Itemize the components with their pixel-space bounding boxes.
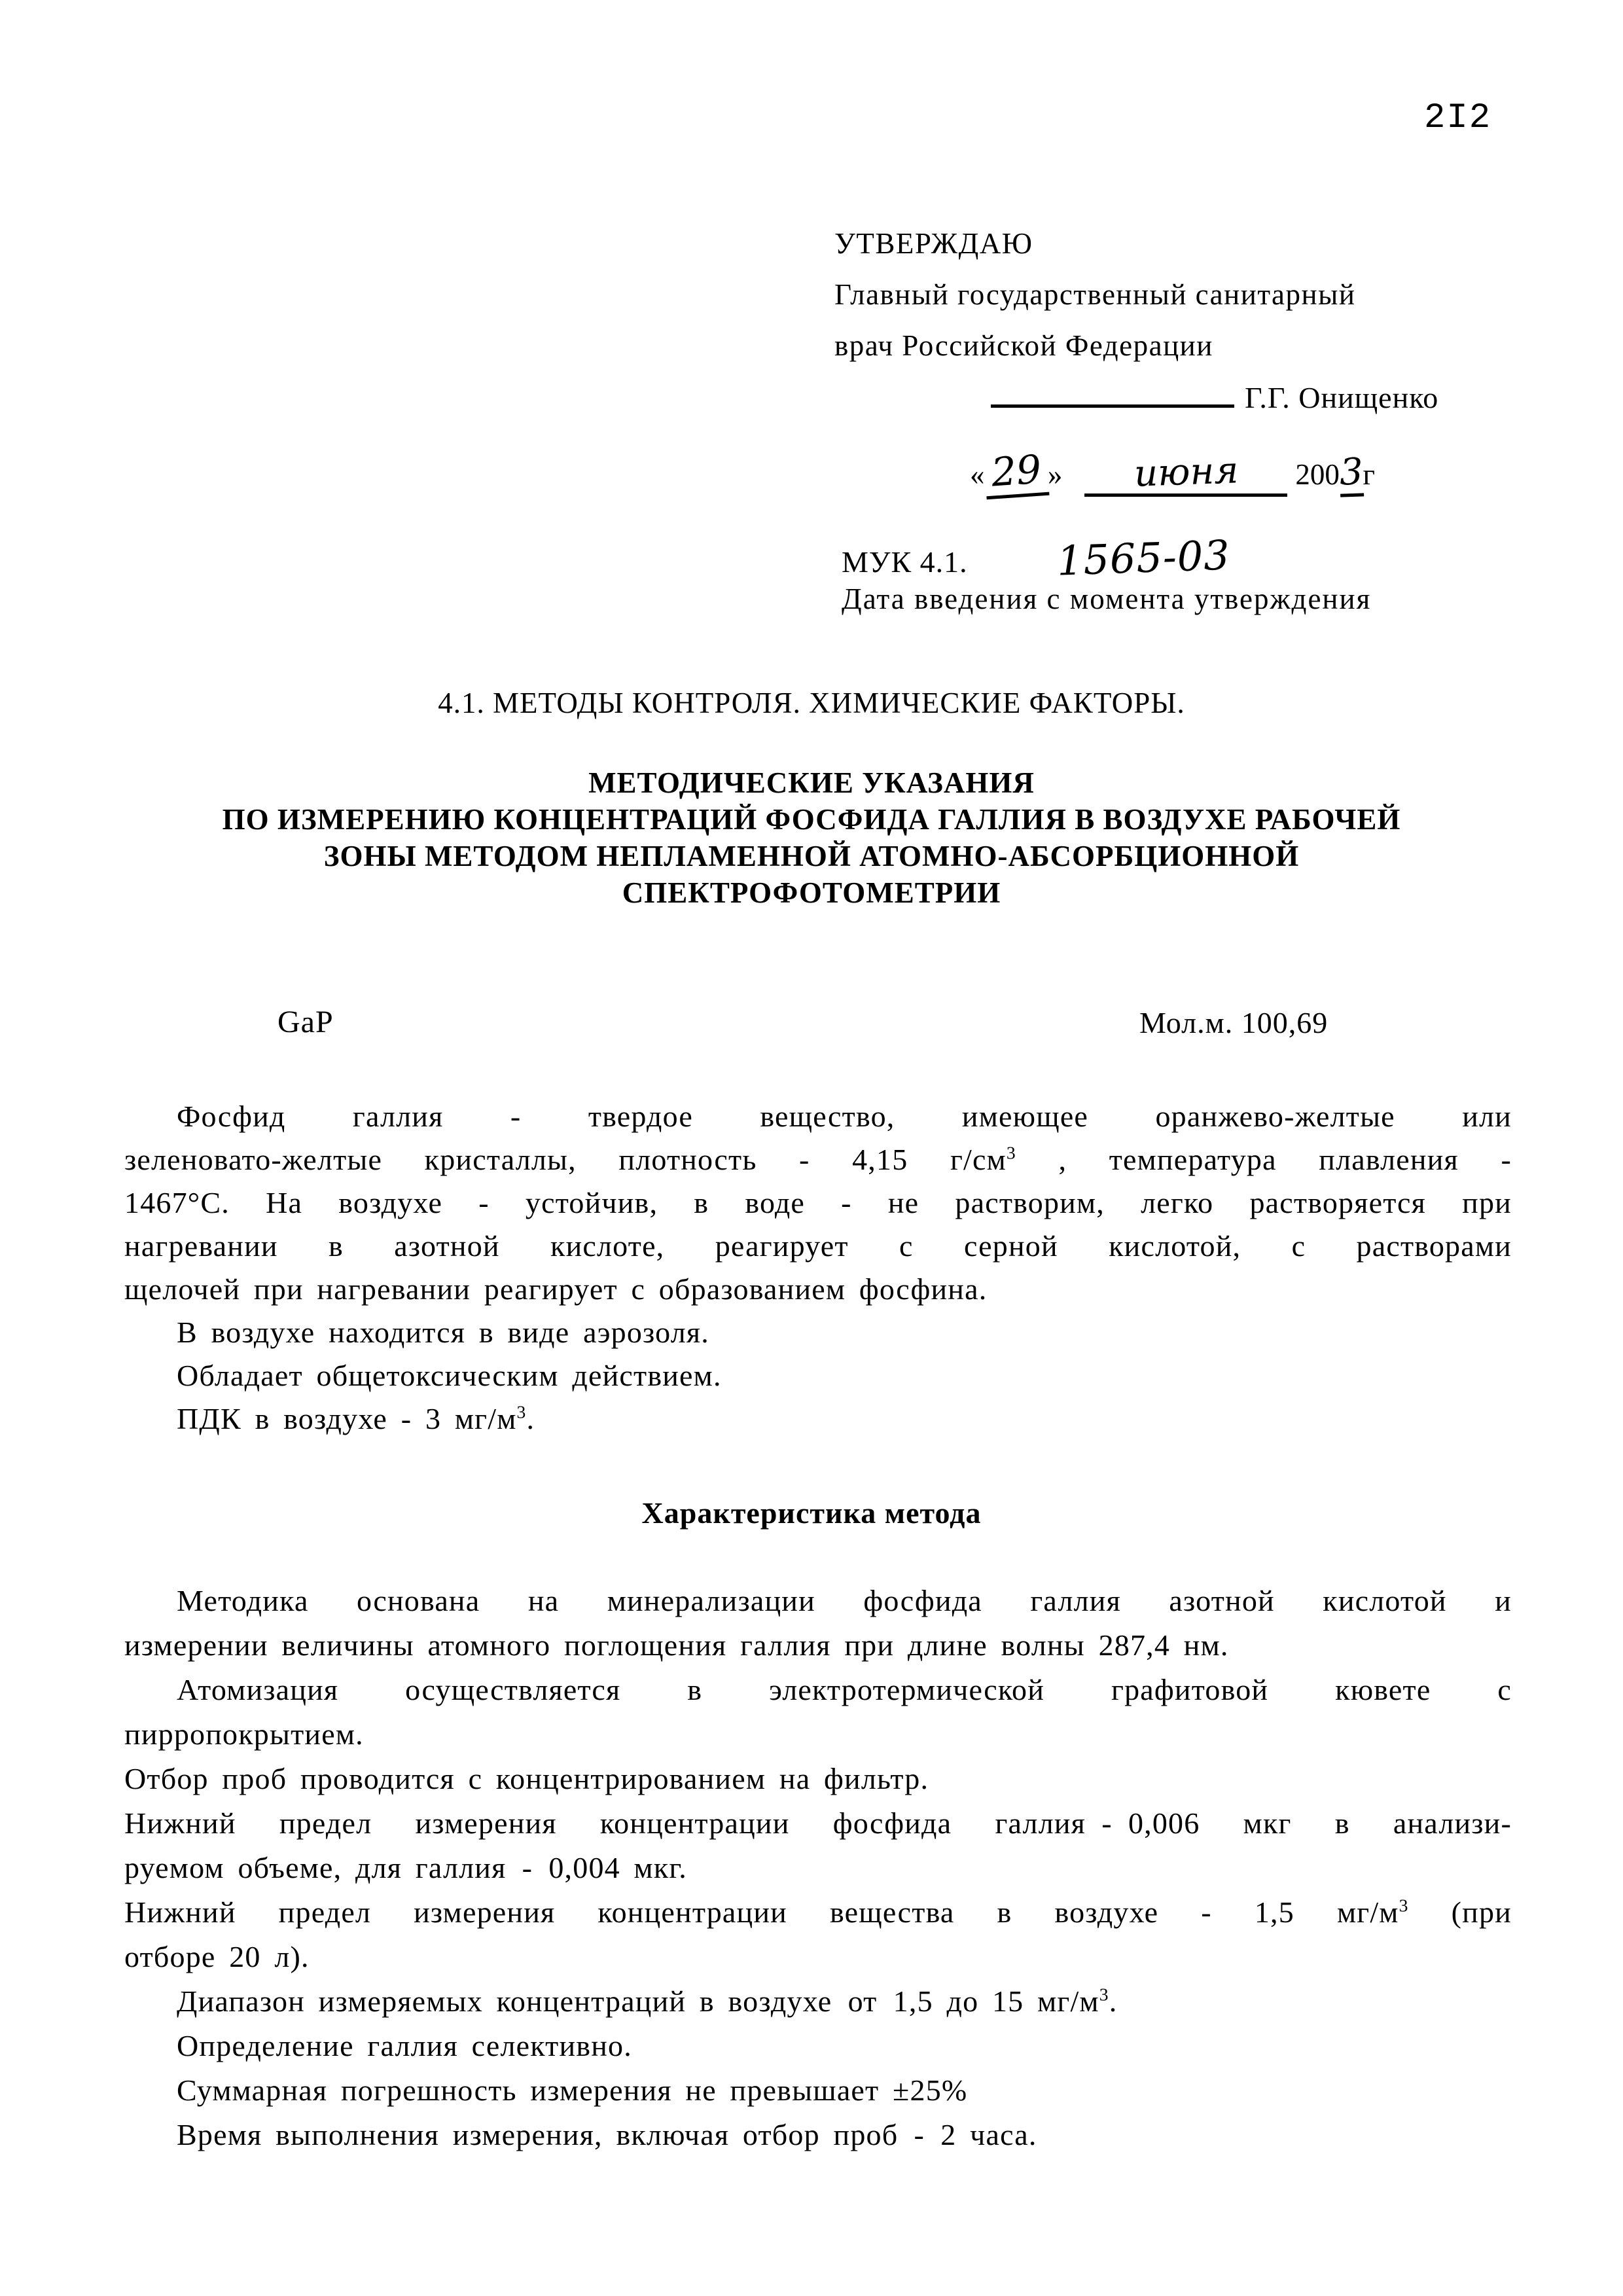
body-line: Время выполнения измерения, включая отбо… [124, 2113, 1512, 2157]
date-day-handwritten: 29 [983, 446, 1049, 500]
date-close-quote: » [1048, 458, 1063, 491]
doc-code-number-handwritten: 1565-03 [1056, 531, 1230, 584]
body-text: зеленовато-желтые кристаллы, плотность -… [124, 1143, 1007, 1176]
signatory-name: Г.Г. Онищенко [1245, 381, 1438, 414]
approval-block: УТВЕРЖДАЮ Главный государственный санита… [834, 218, 1355, 371]
superscript: 3 [517, 1402, 527, 1422]
body-text: , температура плавления - [1016, 1143, 1512, 1176]
body-line: Диапазон измеряемых концентраций в возду… [124, 1979, 1512, 2024]
approval-heading: УТВЕРЖДАЮ [834, 218, 1355, 269]
body-line: Суммарная погрешность измерения не превы… [124, 2068, 1512, 2113]
superscript: 3 [1007, 1143, 1016, 1163]
substance-description-paragraph: Фосфид галлия - твердое вещество, имеюще… [124, 1095, 1512, 1441]
body-text: измерении величины атомного поглощения г… [124, 1628, 1229, 1662]
body-line: Фосфид галлия - твердое вещество, имеюще… [124, 1095, 1512, 1138]
date-month-handwritten: июня [1133, 449, 1240, 495]
section-heading: 4.1. МЕТОДЫ КОНТРОЛЯ. ХИМИЧЕСКИЕ ФАКТОРЫ… [0, 686, 1623, 720]
body-text: . [1109, 1984, 1118, 2018]
body-text: Время выполнения измерения, включая отбо… [177, 2118, 1037, 2151]
effective-date-line: Дата введения с момента утверждения [842, 582, 1371, 616]
body-text: Нижний предел измерения концентрации фос… [124, 1806, 1512, 1840]
body-line: Отбор проб проводится с концентрирование… [124, 1757, 1512, 1801]
scanned-document-page: 2I2 УТВЕРЖДАЮ Главный государственный са… [0, 0, 1623, 2296]
body-text: отборе 20 л). [124, 1940, 310, 1973]
date-year-digit-handwritten: 3 [1339, 450, 1364, 497]
body-line: Определение галлия селективно. [124, 2024, 1512, 2068]
signature-blank-line [991, 378, 1234, 408]
body-line: В воздухе находится в виде аэрозоля. [124, 1311, 1512, 1354]
approver-title-line2: врач Российской Федерации [834, 320, 1355, 371]
body-line: Атомизация осуществляется в электротерми… [124, 1668, 1512, 1712]
body-text: Атомизация осуществляется в электротерми… [177, 1673, 1512, 1706]
body-line: зеленовато-желтые кристаллы, плотность -… [124, 1138, 1512, 1181]
body-text: щелочей при нагревании реагирует с образ… [124, 1272, 987, 1306]
body-line: щелочей при нагревании реагирует с образ… [124, 1268, 1512, 1311]
date-year-unit: г [1363, 458, 1375, 491]
doc-title-line-3: ЗОНЫ МЕТОДОМ НЕПЛАМЕННОЙ АТОМНО-АБСОРБЦИ… [147, 838, 1476, 874]
document-title: МЕТОДИЧЕСКИЕ УКАЗАНИЯ ПО ИЗМЕРЕНИЮ КОНЦЕ… [147, 764, 1476, 911]
body-line: измерении величины атомного поглощения г… [124, 1623, 1512, 1668]
doc-title-line-2: ПО ИЗМЕРЕНИЮ КОНЦЕНТРАЦИЙ ФОСФИДА ГАЛЛИЯ… [147, 801, 1476, 838]
body-text: Диапазон измеряемых концентраций в возду… [177, 1984, 1099, 2018]
doc-code-label: МУК 4.1. [842, 545, 968, 579]
body-text: Суммарная погрешность измерения не превы… [177, 2073, 967, 2107]
body-line: Методика основана на минерализации фосфи… [124, 1579, 1512, 1623]
body-line: отборе 20 л). [124, 1935, 1512, 1979]
body-text: 1467°С. На воздухе - устойчив, в воде - … [124, 1186, 1512, 1219]
body-text: В воздухе находится в виде аэрозоля. [177, 1316, 709, 1349]
body-text: нагревании в азотной кислоте, реагирует … [124, 1229, 1512, 1263]
body-line: 1467°С. На воздухе - устойчив, в воде - … [124, 1181, 1512, 1225]
date-open-quote: « [970, 458, 985, 491]
doc-title-line-4: СПЕКТРОФОТОМЕТРИИ [147, 874, 1476, 911]
date-month-underline: июня [1084, 451, 1287, 497]
approver-title-line1: Главный государственный санитарный [834, 269, 1355, 320]
body-text: ПДК в воздухе - 3 мг/м [177, 1402, 517, 1435]
substance-formula: GaP [277, 1004, 334, 1040]
body-line: ПДК в воздухе - 3 мг/м3. [124, 1397, 1512, 1441]
body-text: руемом объеме, для галлия - 0,004 мкг. [124, 1851, 687, 1884]
substance-molar-mass: Мол.м. 100,69 [1139, 1005, 1328, 1040]
body-text: Определение галлия селективно. [177, 2029, 632, 2062]
body-text: Нижний предел измерения концентрации вещ… [124, 1895, 1399, 1929]
superscript: 3 [1099, 1984, 1109, 2005]
body-text: Отбор проб проводится с концентрирование… [124, 1762, 929, 1795]
body-line: Нижний предел измерения концентрации вещ… [124, 1890, 1512, 1935]
body-text: . [527, 1402, 535, 1435]
doc-code-row: МУК 4.1.1565-03 [842, 534, 1230, 582]
body-line: нагревании в азотной кислоте, реагирует … [124, 1225, 1512, 1268]
body-line: Нижний предел измерения концентрации фос… [124, 1801, 1512, 1846]
body-text: Фосфид галлия - твердое вещество, имеюще… [177, 1100, 1512, 1133]
doc-title-line-1: МЕТОДИЧЕСКИЕ УКАЗАНИЯ [147, 764, 1476, 801]
body-line: руемом объеме, для галлия - 0,004 мкг. [124, 1846, 1512, 1890]
superscript: 3 [1399, 1895, 1409, 1916]
signature-row: Г.Г. Онищенко [991, 378, 1438, 415]
method-description-paragraph: Методика основана на минерализации фосфи… [124, 1579, 1512, 2157]
body-text: пирропокрытием. [124, 1717, 364, 1751]
body-text: Методика основана на минерализации фосфи… [177, 1584, 1512, 1617]
page-number: 2I2 [1424, 98, 1491, 138]
body-text: Обладает общетоксическим действием. [177, 1359, 722, 1392]
body-line: пирропокрытием. [124, 1712, 1512, 1757]
body-line: Обладает общетоксическим действием. [124, 1354, 1512, 1397]
body-text: (при [1409, 1895, 1512, 1929]
method-characteristics-heading: Характеристика метода [0, 1496, 1623, 1530]
approval-date-row: «29»июня2003г [970, 448, 1375, 497]
date-year-prefix: 200 [1295, 458, 1340, 491]
